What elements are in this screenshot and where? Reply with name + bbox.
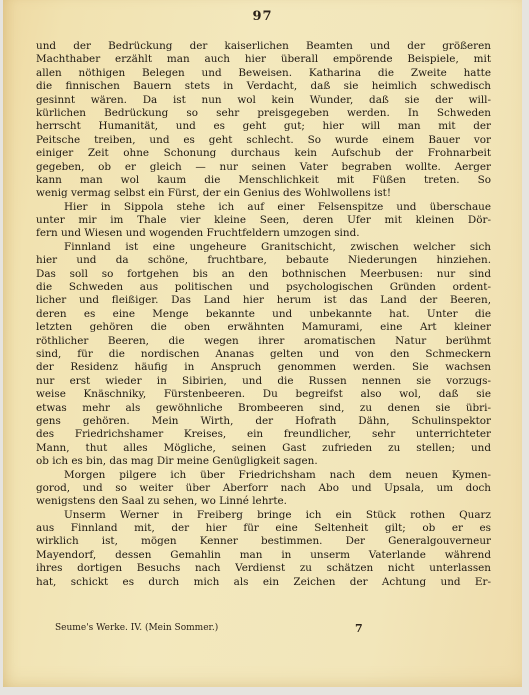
- text-line: Machthaber erzählt man auch hier überall…: [36, 53, 491, 66]
- text-line: und der Bedrückung der kaiserlichen Beam…: [36, 40, 491, 53]
- text-line: nur erst wieder in Sibirien, und die Rus…: [36, 375, 491, 388]
- text-line: kürlichen Bedrückung so sehr preisgegebe…: [36, 107, 491, 120]
- text-line: aus Finnland mit, der hier für eine Selt…: [36, 522, 491, 535]
- text-line: wenigstens den Saal zu sehen, wo Linné l…: [36, 495, 491, 508]
- text-line: sind, für die nordischen Ananas gelten u…: [36, 348, 491, 361]
- text-line: der Residenz häufig in Anspruch genommen…: [36, 361, 491, 374]
- text-line: unter mir im Thale vier kleine Seen, der…: [36, 214, 491, 227]
- text-line: weise Knäschniky, Fürstenbeeren. Du begr…: [36, 388, 491, 401]
- text-line: wenig vermag selbst ein Fürst, der ein G…: [36, 187, 491, 200]
- text-line: gorod, und so weiter über Aberforr nach …: [36, 482, 491, 495]
- body-text: und der Bedrückung der kaiserlichen Beam…: [36, 40, 491, 589]
- text-line: herrscht Humanität, und es geht gut; hie…: [36, 120, 491, 133]
- page-footer: Seume's Werke. IV. (Mein Sommer.) 7: [55, 623, 475, 633]
- signature-mark: 7: [355, 622, 363, 635]
- text-line: Das soll so fortgehen bis an den bothnis…: [36, 268, 491, 281]
- text-line: des Friedrichshamer Kreises, ein freundl…: [36, 428, 491, 441]
- footer-title: Seume's Werke. IV. (Mein Sommer.): [55, 623, 218, 633]
- text-line: gens gehören. Mein Wirth, der Hofrath Dä…: [36, 415, 491, 428]
- text-line: etwas mehr als gewöhnliche Brombeeren si…: [36, 402, 491, 415]
- text-line: Hier in Sippola stehe ich auf einer Fels…: [36, 201, 491, 214]
- text-line: hat, schickt es durch mich als ein Zeich…: [36, 576, 491, 589]
- text-line: Mayendorf, dessen Gemahlin man in unserm…: [36, 549, 491, 562]
- text-line: röthlicher Beeren, die wegen ihrer aroma…: [36, 335, 491, 348]
- text-line: gegeben, ob er gleich — nur seinen Vater…: [36, 161, 491, 174]
- page-number: 97: [3, 9, 522, 24]
- text-line: Unserm Werner in Freiberg bringe ich ein…: [36, 509, 491, 522]
- text-line: deren es eine Menge bekannte und unbekan…: [36, 308, 491, 321]
- text-line: Morgen pilgere ich über Friedrichsham na…: [36, 469, 491, 482]
- text-line: hier und da schöne, fruchtbare, bebaute …: [36, 254, 491, 267]
- text-line: ob ich es bin, das mag Dir meine Genügli…: [36, 455, 491, 468]
- text-line: ihres dortigen Besuchs nach Verdienst zu…: [36, 562, 491, 575]
- text-line: Mann, thut alles Mögliche, seinen Gast z…: [36, 442, 491, 455]
- text-line: fern und Wiesen und wogenden Fruchtfelde…: [36, 227, 491, 240]
- text-line: die finnischen Bauern stets in Verdacht,…: [36, 80, 491, 93]
- text-line: gesinnt wären. Da ist nun wol kein Wunde…: [36, 94, 491, 107]
- text-line: Finnland ist eine ungeheure Granitschich…: [36, 241, 491, 254]
- text-line: wirklich ist, mögen Kenner bestimmen. De…: [36, 535, 491, 548]
- text-line: allen nöthigen Belegen und Beweisen. Kat…: [36, 67, 491, 80]
- text-line: die Schweden aus politischen und psychol…: [36, 281, 491, 294]
- book-page: 97 und der Bedrückung der kaiserlichen B…: [3, 0, 522, 687]
- text-line: Peitsche treiben, und es geht schlecht. …: [36, 134, 491, 147]
- text-line: letzten gehören die oben erwähnten Mamur…: [36, 321, 491, 334]
- text-line: kann man wol kaum die Menschlichkeit mit…: [36, 174, 491, 187]
- text-line: licher und fleißiger. Das Land hier heru…: [36, 294, 491, 307]
- text-line: einiger Zeit ohne Schonung durchaus kein…: [36, 147, 491, 160]
